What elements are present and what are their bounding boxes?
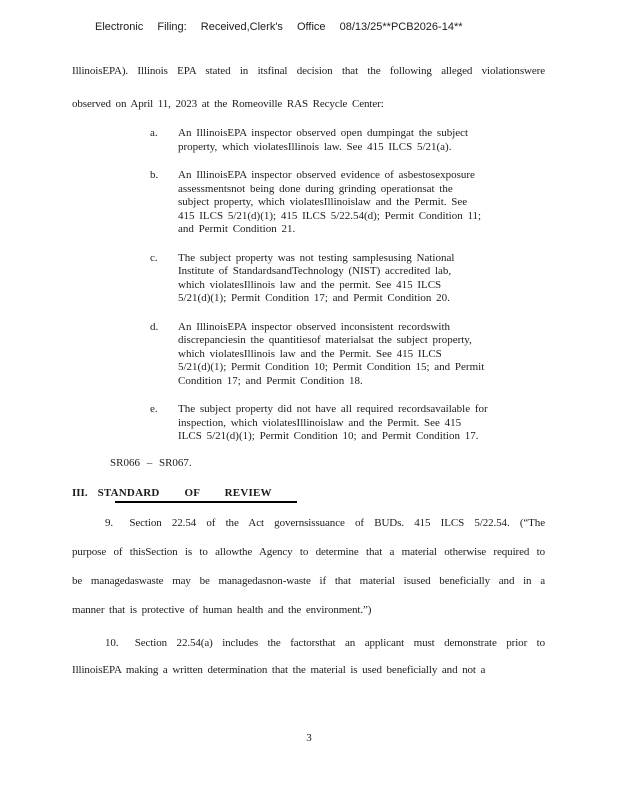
violation-text: The subject property did not have all re… [178, 403, 515, 444]
text-line: which violatesIllinois law and the Permi… [178, 348, 515, 362]
heading-underline [115, 501, 297, 503]
violation-letter: a. [150, 127, 178, 154]
text-line: property, which violatesIllinois law. Se… [178, 141, 515, 155]
filing-header: Electronic Filing: Received,Clerk's Offi… [95, 21, 463, 33]
violation-letter: c. [150, 252, 178, 306]
text-line: Condition 17; and Permit Condition 18. [178, 375, 515, 389]
text-line: 5/21(d)(1); Permit Condition 17; and Per… [178, 292, 515, 306]
violation-item: a.An IllinoisEPA inspector observed open… [150, 127, 515, 154]
violation-text: An IllinoisEPA inspector observed incons… [178, 321, 515, 389]
text-line: IllinoisEPA). Illinois EPA stated in its… [72, 55, 545, 88]
violation-letter: d. [150, 321, 178, 389]
record-citation: SR066 – SR067. [110, 457, 192, 469]
violation-item: c.The subject property was not testing s… [150, 252, 515, 306]
text-line: assessmentsnot being done during grindin… [178, 183, 515, 197]
text-line: IllinoisEPA making a written determinati… [72, 657, 545, 684]
page-number: 3 [0, 732, 618, 744]
text-line: inspection, which violatesIllinoislaw an… [178, 417, 515, 431]
text-line: 5/21(d)(1); Permit Condition 10; Permit … [178, 361, 515, 375]
violation-item: d.An IllinoisEPA inspector observed inco… [150, 321, 515, 389]
text-line: purpose of thisSection is to allowthe Ag… [72, 538, 545, 567]
violation-letter: e. [150, 403, 178, 444]
text-line: discrepanciesin the quantitiesof materia… [178, 334, 515, 348]
violation-text: An IllinoisEPA inspector observed open d… [178, 127, 515, 154]
section-title: STANDARD OF REVIEW [98, 487, 272, 499]
violation-text: An IllinoisEPA inspector observed eviden… [178, 169, 515, 237]
section-number: III. [72, 487, 88, 499]
text-line: An IllinoisEPA inspector observed eviden… [178, 169, 515, 183]
text-line: subject property, which violatesIllinois… [178, 196, 515, 210]
violation-item: e.The subject property did not have all … [150, 403, 515, 444]
text-line: 415 ILCS 5/21(d)(1); 415 ILCS 5/22.54(d)… [178, 210, 515, 224]
text-line: 10. Section 22.54(a) includes the factor… [72, 630, 545, 657]
text-line: An IllinoisEPA inspector observed incons… [178, 321, 515, 335]
text-line: ILCS 5/21(d)(1); Permit Condition 10; an… [178, 430, 515, 444]
violation-item: b.An IllinoisEPA inspector observed evid… [150, 169, 515, 237]
text-line: An IllinoisEPA inspector observed open d… [178, 127, 515, 141]
text-line: manner that is protective of human healt… [72, 596, 545, 625]
paragraph-10: 10. Section 22.54(a) includes the factor… [72, 630, 545, 684]
text-line: Institute of StandardsandTechnology (NIS… [178, 265, 515, 279]
document-page: Electronic Filing: Received,Clerk's Offi… [0, 0, 618, 800]
violations-list: a.An IllinoisEPA inspector observed open… [150, 127, 515, 459]
text-line: and Permit Condition 21. [178, 223, 515, 237]
text-line: be managedaswaste may be managedasnon-wa… [72, 567, 545, 596]
paragraph-9: 9. Section 22.54 of the Act governsissua… [72, 509, 545, 625]
violation-letter: b. [150, 169, 178, 237]
section-heading: III.STANDARD OF REVIEW [72, 487, 272, 499]
text-line: observed on April 11, 2023 at the Romeov… [72, 88, 545, 121]
text-line: 9. Section 22.54 of the Act governsissua… [72, 509, 545, 538]
text-line: The subject property was not testing sam… [178, 252, 515, 266]
text-line: The subject property did not have all re… [178, 403, 515, 417]
intro-paragraph: IllinoisEPA). Illinois EPA stated in its… [72, 55, 545, 121]
text-line: which violatesIllinois law and the permi… [178, 279, 515, 293]
violation-text: The subject property was not testing sam… [178, 252, 515, 306]
